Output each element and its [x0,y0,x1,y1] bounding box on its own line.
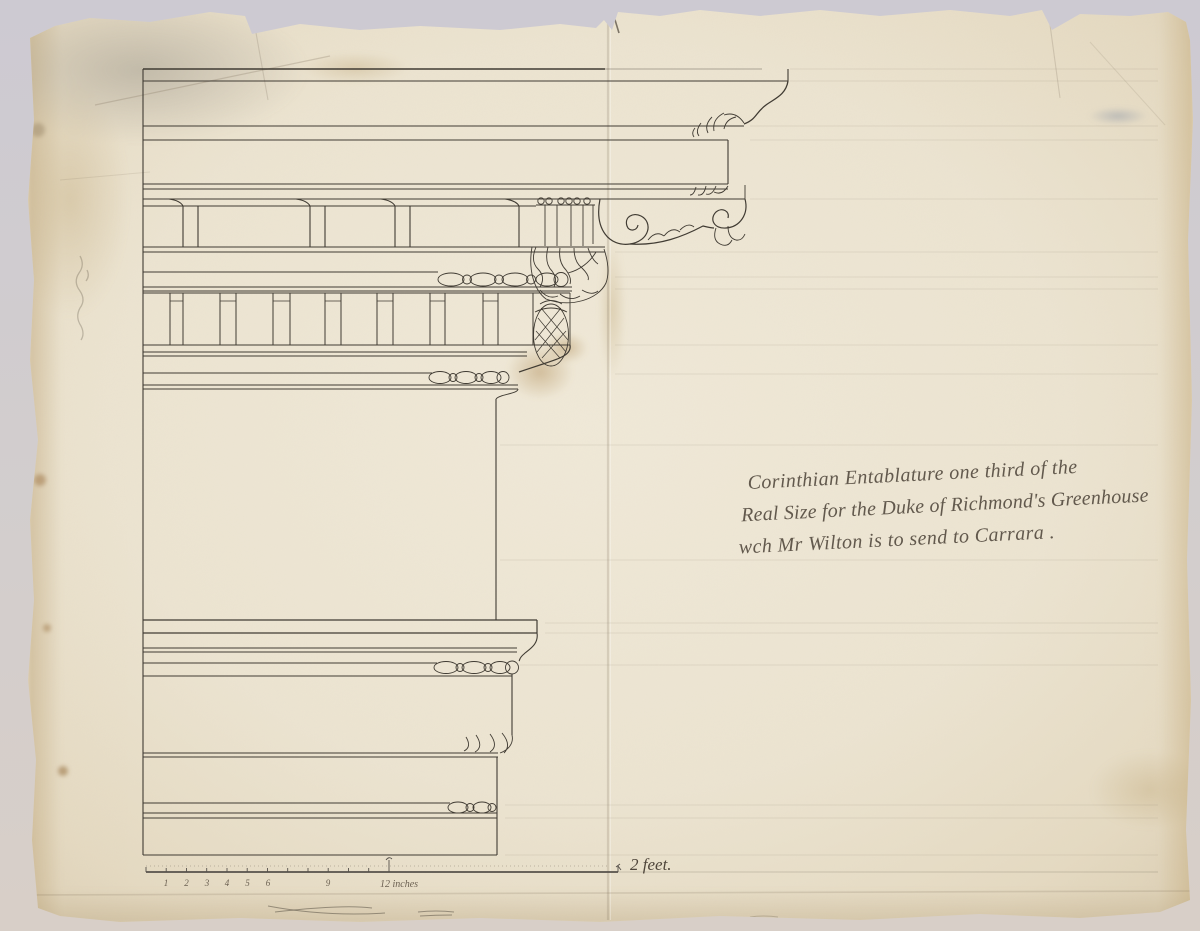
entablature-drawing-svg: 1 2 3 4 5 6 9 12 inches 2 feet. Corinthi… [0,0,1200,931]
paper-texture [0,0,1200,931]
scanned-drawing: 1 2 3 4 5 6 9 12 inches 2 feet. Corinthi… [0,0,1200,931]
